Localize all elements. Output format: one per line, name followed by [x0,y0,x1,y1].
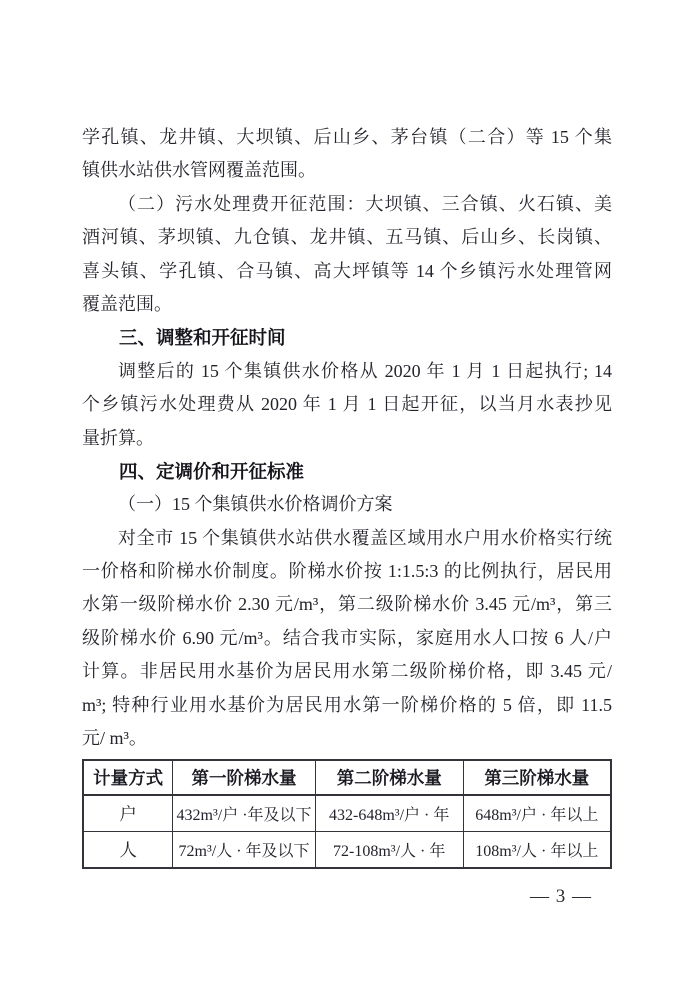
doc-line: 对全市 15 个集镇供水站供水覆盖区域用水户用水价格实行统 [82,522,612,555]
table-header-cell: 第三阶梯水量 [463,760,611,795]
page-number: — 3 — [530,886,592,908]
table-header-cell: 第一阶梯水量 [173,760,316,795]
table-header-cell: 第二阶梯水量 [315,760,463,795]
doc-line: 量折算。 [82,422,612,455]
doc-line: 水第一级阶梯水价 2.30 元/m³，第二级阶梯水价 3.45 元/m³，第三 [82,588,612,621]
doc-line: 级阶梯水价 6.90 元/m³。结合我市实际，家庭用水人口按 6 人/户 [82,622,612,655]
table-cell: 户 [83,795,173,832]
table-row: 人 72m³/人 · 年及以下 72-108m³/人 · 年 108m³/人 ·… [83,832,611,869]
table-cell: 432-648m³/户 · 年 [315,795,463,832]
table-header-cell: 计量方式 [83,760,173,795]
table-cell: 648m³/户 · 年以上 [463,795,611,832]
water-tier-table: 计量方式 第一阶梯水量 第二阶梯水量 第三阶梯水量 户 432m³/户 ·年及以… [82,759,612,869]
doc-line: 喜头镇、学孔镇、合马镇、高大坪镇等 14 个乡镇污水处理管网 [82,255,612,288]
doc-line: 一价格和阶梯水价制度。阶梯水价按 1:1.5:3 的比例执行，居民用 [82,555,612,588]
table-row: 户 432m³/户 ·年及以下 432-648m³/户 · 年 648m³/户 … [83,795,611,832]
doc-line: 个乡镇污水处理费从 2020 年 1 月 1 日起开征，以当月水表抄见 [82,388,612,421]
doc-line: 镇供水站供水管网覆盖范围。 [82,154,612,187]
doc-line: 元/ m³。 [82,722,612,755]
doc-line: 覆盖范围。 [82,288,612,321]
subheading-plan: （一）15 个集镇供水价格调价方案 [82,488,612,521]
table-cell: 432m³/户 ·年及以下 [173,795,316,832]
doc-line: m³; 特种行业用水基价为居民用水第一阶梯价格的 5 倍，即 11.5 [82,689,612,722]
doc-line: 计算。非居民用水基价为居民用水第二级阶梯价格，即 3.45 元/ [82,655,612,688]
document-body: 学孔镇、龙井镇、大坝镇、后山乡、茅台镇（二合）等 15 个集 镇供水站供水管网覆… [82,121,612,869]
table-cell: 人 [83,832,173,869]
doc-line: 调整后的 15 个集镇供水价格从 2020 年 1 月 1 日起执行; 14 [82,355,612,388]
doc-line: 酒河镇、茅坝镇、九仓镇、龙井镇、五马镇、后山乡、长岗镇、 [82,221,612,254]
heading-section-4: 四、定调价和开征标准 [82,455,612,488]
document-page: { "document": { "lines": [ "学孔镇、龙井镇、大坝镇、… [0,0,700,990]
doc-line: 学孔镇、龙井镇、大坝镇、后山乡、茅台镇（二合）等 15 个集 [82,121,612,154]
doc-line: （二）污水处理费开征范围：大坝镇、三合镇、火石镇、美 [82,188,612,221]
table-cell: 72m³/人 · 年及以下 [173,832,316,869]
heading-section-3: 三、调整和开征时间 [82,321,612,354]
table-cell: 108m³/人 · 年以上 [463,832,611,869]
table-header-row: 计量方式 第一阶梯水量 第二阶梯水量 第三阶梯水量 [83,760,611,795]
table-cell: 72-108m³/人 · 年 [315,832,463,869]
